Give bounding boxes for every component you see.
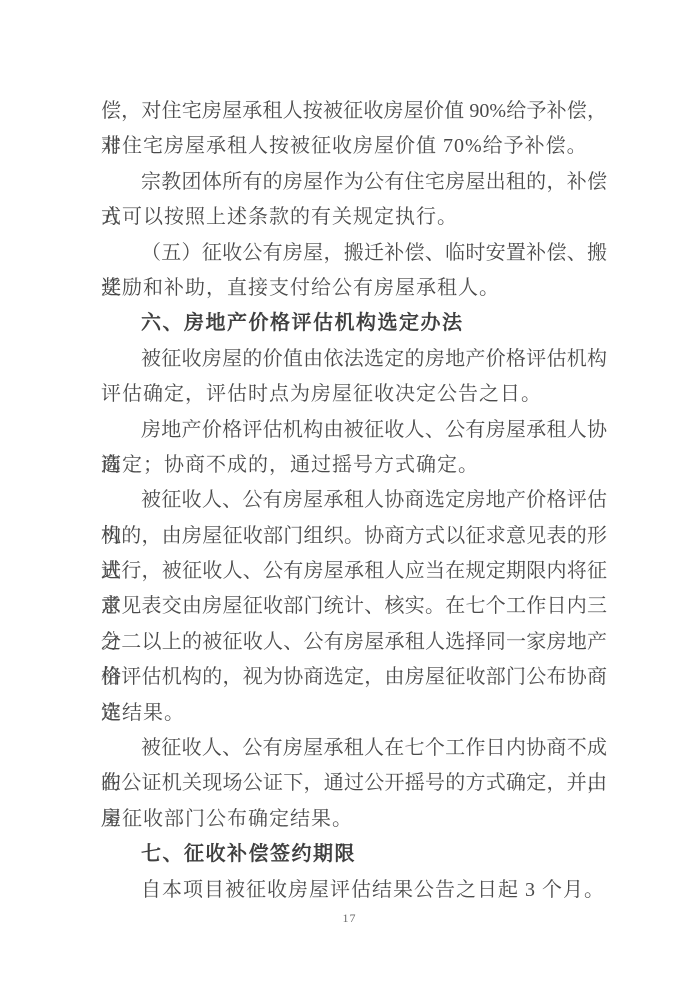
text-line: 自本项目被征收房屋评估结果公告之日起 3 个月。 bbox=[101, 873, 607, 908]
text-line: 意见表交由房屋征收部门统计、核实。在七个工作日内三分 bbox=[101, 589, 607, 624]
text-line: 房地产价格评估机构由被征收人、公有房屋承租人协商 bbox=[101, 413, 607, 448]
text-line: 选定；协商不成的，通过摇号方式确定。 bbox=[101, 448, 607, 483]
text-line: 被征收人、公有房屋承租人在七个工作日内协商不成的， bbox=[101, 731, 607, 766]
text-line: 格评估机构的，视为协商选定，由房屋征收部门公布协商选 bbox=[101, 660, 607, 695]
text-line: 非住宅房屋承租人按被征收房屋价值 70%给予补偿。 bbox=[101, 129, 607, 164]
text-line: 评估确定，评估时点为房屋征收决定公告之日。 bbox=[101, 377, 607, 412]
text-line: （五）征收公有房屋，搬迁补偿、临时安置补偿、搬迁 bbox=[101, 236, 607, 271]
page-number: 17 bbox=[0, 911, 699, 926]
text-line: 进行，被征收人、公有房屋承租人应当在规定期限内将征求 bbox=[101, 554, 607, 589]
text-line: 屋征收部门公布确定结果。 bbox=[101, 802, 607, 837]
text-line: 式可以按照上述条款的有关规定执行。 bbox=[101, 200, 607, 235]
document-page: 偿，对住宅房屋承租人按被征收房屋价值 90%给予补偿，对 非住宅房屋承租人按被征… bbox=[0, 0, 699, 989]
text-line: 奖励和补助，直接支付给公有房屋承租人。 bbox=[101, 271, 607, 306]
section-heading: 七、征收补偿签约期限 bbox=[101, 837, 607, 872]
text-line: 在公证机关现场公证下，通过公开摇号的方式确定，并由房 bbox=[101, 766, 607, 801]
text-line: 定结果。 bbox=[101, 696, 607, 731]
text-line: 宗教团体所有的房屋作为公有住宅房屋出租的，补偿方 bbox=[101, 165, 607, 200]
text-line: 构的，由房屋征收部门组织。协商方式以征求意见表的形式 bbox=[101, 519, 607, 554]
text-line: 被征收人、公有房屋承租人协商选定房地产价格评估机 bbox=[101, 483, 607, 518]
section-heading: 六、房地产价格评估机构选定办法 bbox=[101, 306, 607, 341]
text-line: 被征收房屋的价值由依法选定的房地产价格评估机构 bbox=[101, 342, 607, 377]
text-line: 之二以上的被征收人、公有房屋承租人选择同一家房地产价 bbox=[101, 625, 607, 660]
document-body: 偿，对住宅房屋承租人按被征收房屋价值 90%给予补偿，对 非住宅房屋承租人按被征… bbox=[101, 94, 607, 908]
text-line: 偿，对住宅房屋承租人按被征收房屋价值 90%给予补偿，对 bbox=[101, 94, 607, 129]
